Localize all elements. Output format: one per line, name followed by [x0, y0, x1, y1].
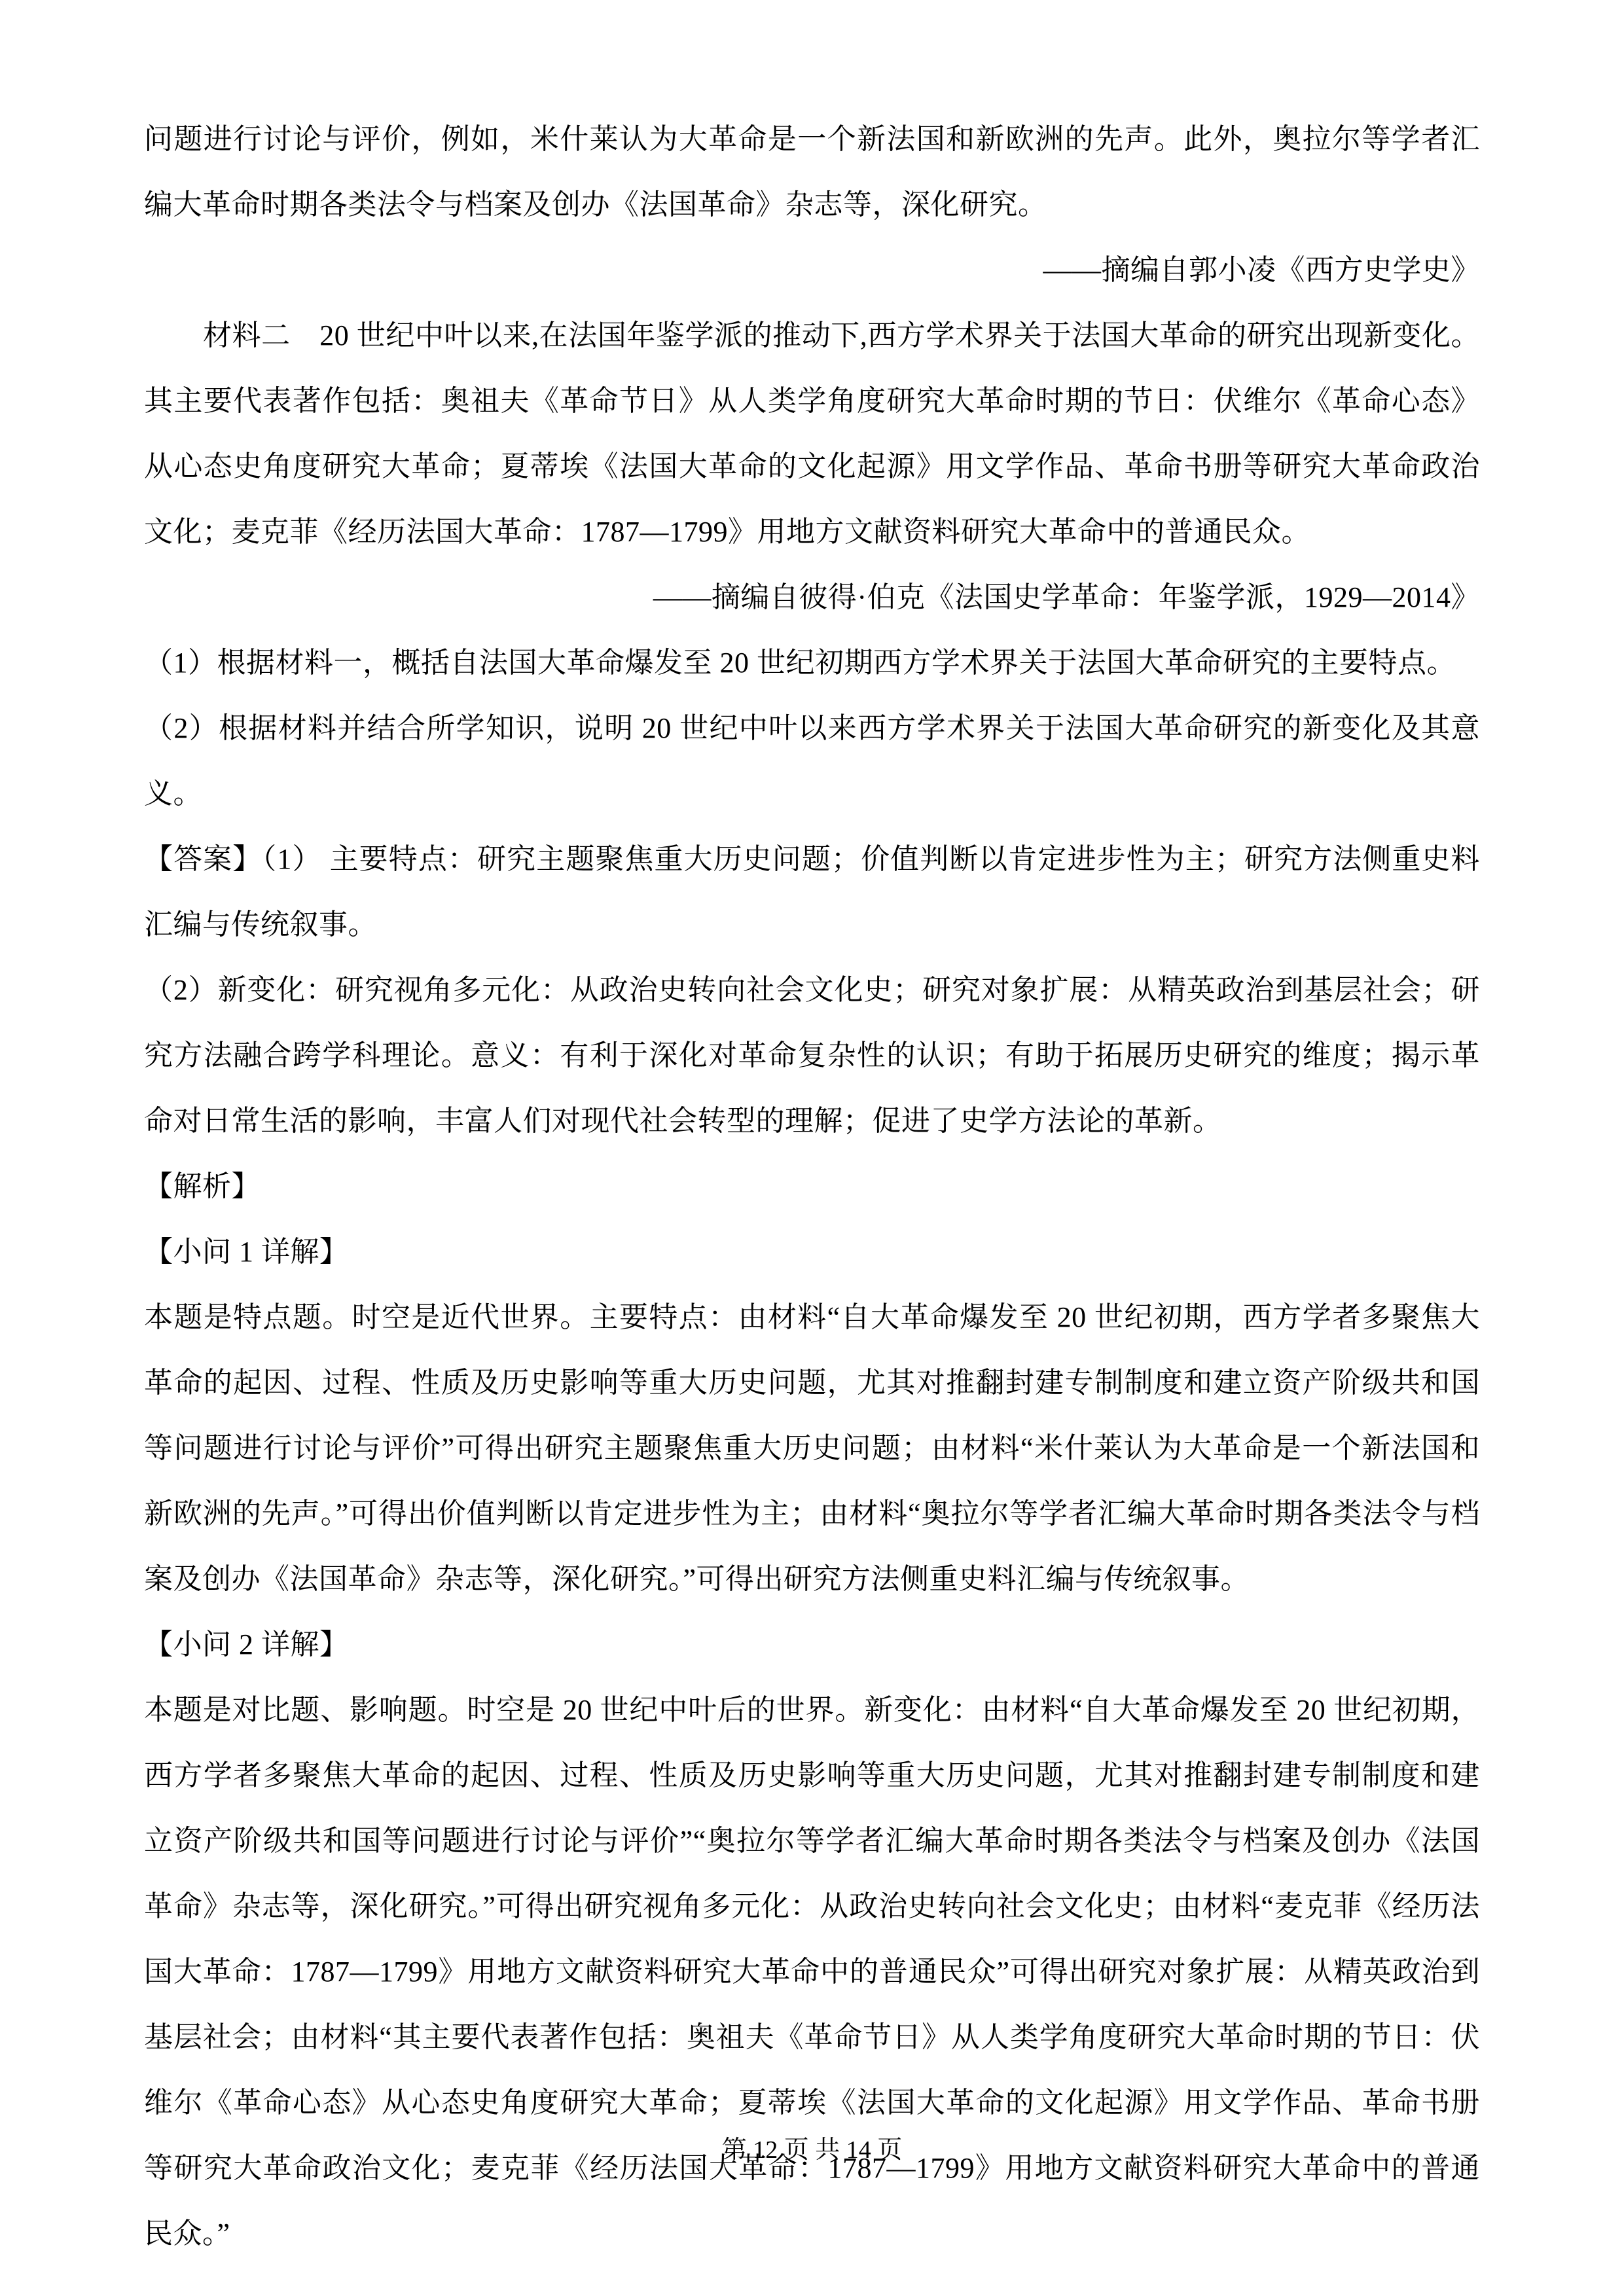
document-body: 问题进行讨论与评价，例如，米什莱认为大革命是一个新法国和新欧洲的先声。此外，奥拉…	[144, 107, 1480, 2267]
answer-part-1: 【答案】（1） 主要特点：研究主题聚焦重大历史问题；价值判断以肯定进步性为主；研…	[144, 827, 1480, 958]
material-two-paragraph: 材料二 20 世纪中叶以来,在法国年鉴学派的推动下,西方学术界关于法国大革命的研…	[144, 303, 1480, 565]
question-2: （2）根据材料并结合所学知识，说明 20 世纪中叶以来西方学术界关于法国大革命研…	[144, 696, 1480, 827]
material-one-continuation: 问题进行讨论与评价，例如，米什莱认为大革命是一个新法国和新欧洲的先声。此外，奥拉…	[144, 107, 1480, 238]
answer-part-2: （2）新变化：研究视角多元化：从政治史转向社会文化史；研究对象扩展：从精英政治到…	[144, 958, 1480, 1154]
document-page: 问题进行讨论与评价，例如，米什莱认为大革命是一个新法国和新欧洲的先声。此外，奥拉…	[0, 0, 1624, 2296]
material-two-source-attribution: ——摘编自彼得·伯克《法国史学革命：年鉴学派，1929—2014》	[144, 565, 1480, 630]
sub-question-1-analysis: 本题是特点题。时空是近代世界。主要特点：由材料“自大革命爆发至 20 世纪初期，…	[144, 1285, 1480, 1612]
question-1: （1）根据材料一，概括自法国大革命爆发至 20 世纪初期西方学术界关于法国大革命…	[144, 630, 1480, 696]
analysis-header: 【解析】	[144, 1154, 1480, 1219]
sub-question-2-analysis: 本题是对比题、影响题。时空是 20 世纪中叶后的世界。新变化：由材料“自大革命爆…	[144, 1677, 1480, 2267]
sub-question-1-header: 【小问 1 详解】	[144, 1219, 1480, 1285]
page-number: 第 12 页 共 14 页	[0, 2130, 1624, 2170]
sub-question-2-header: 【小问 2 详解】	[144, 1612, 1480, 1677]
material-one-source-attribution: ——摘编自郭小凌《西方史学史》	[144, 238, 1480, 303]
